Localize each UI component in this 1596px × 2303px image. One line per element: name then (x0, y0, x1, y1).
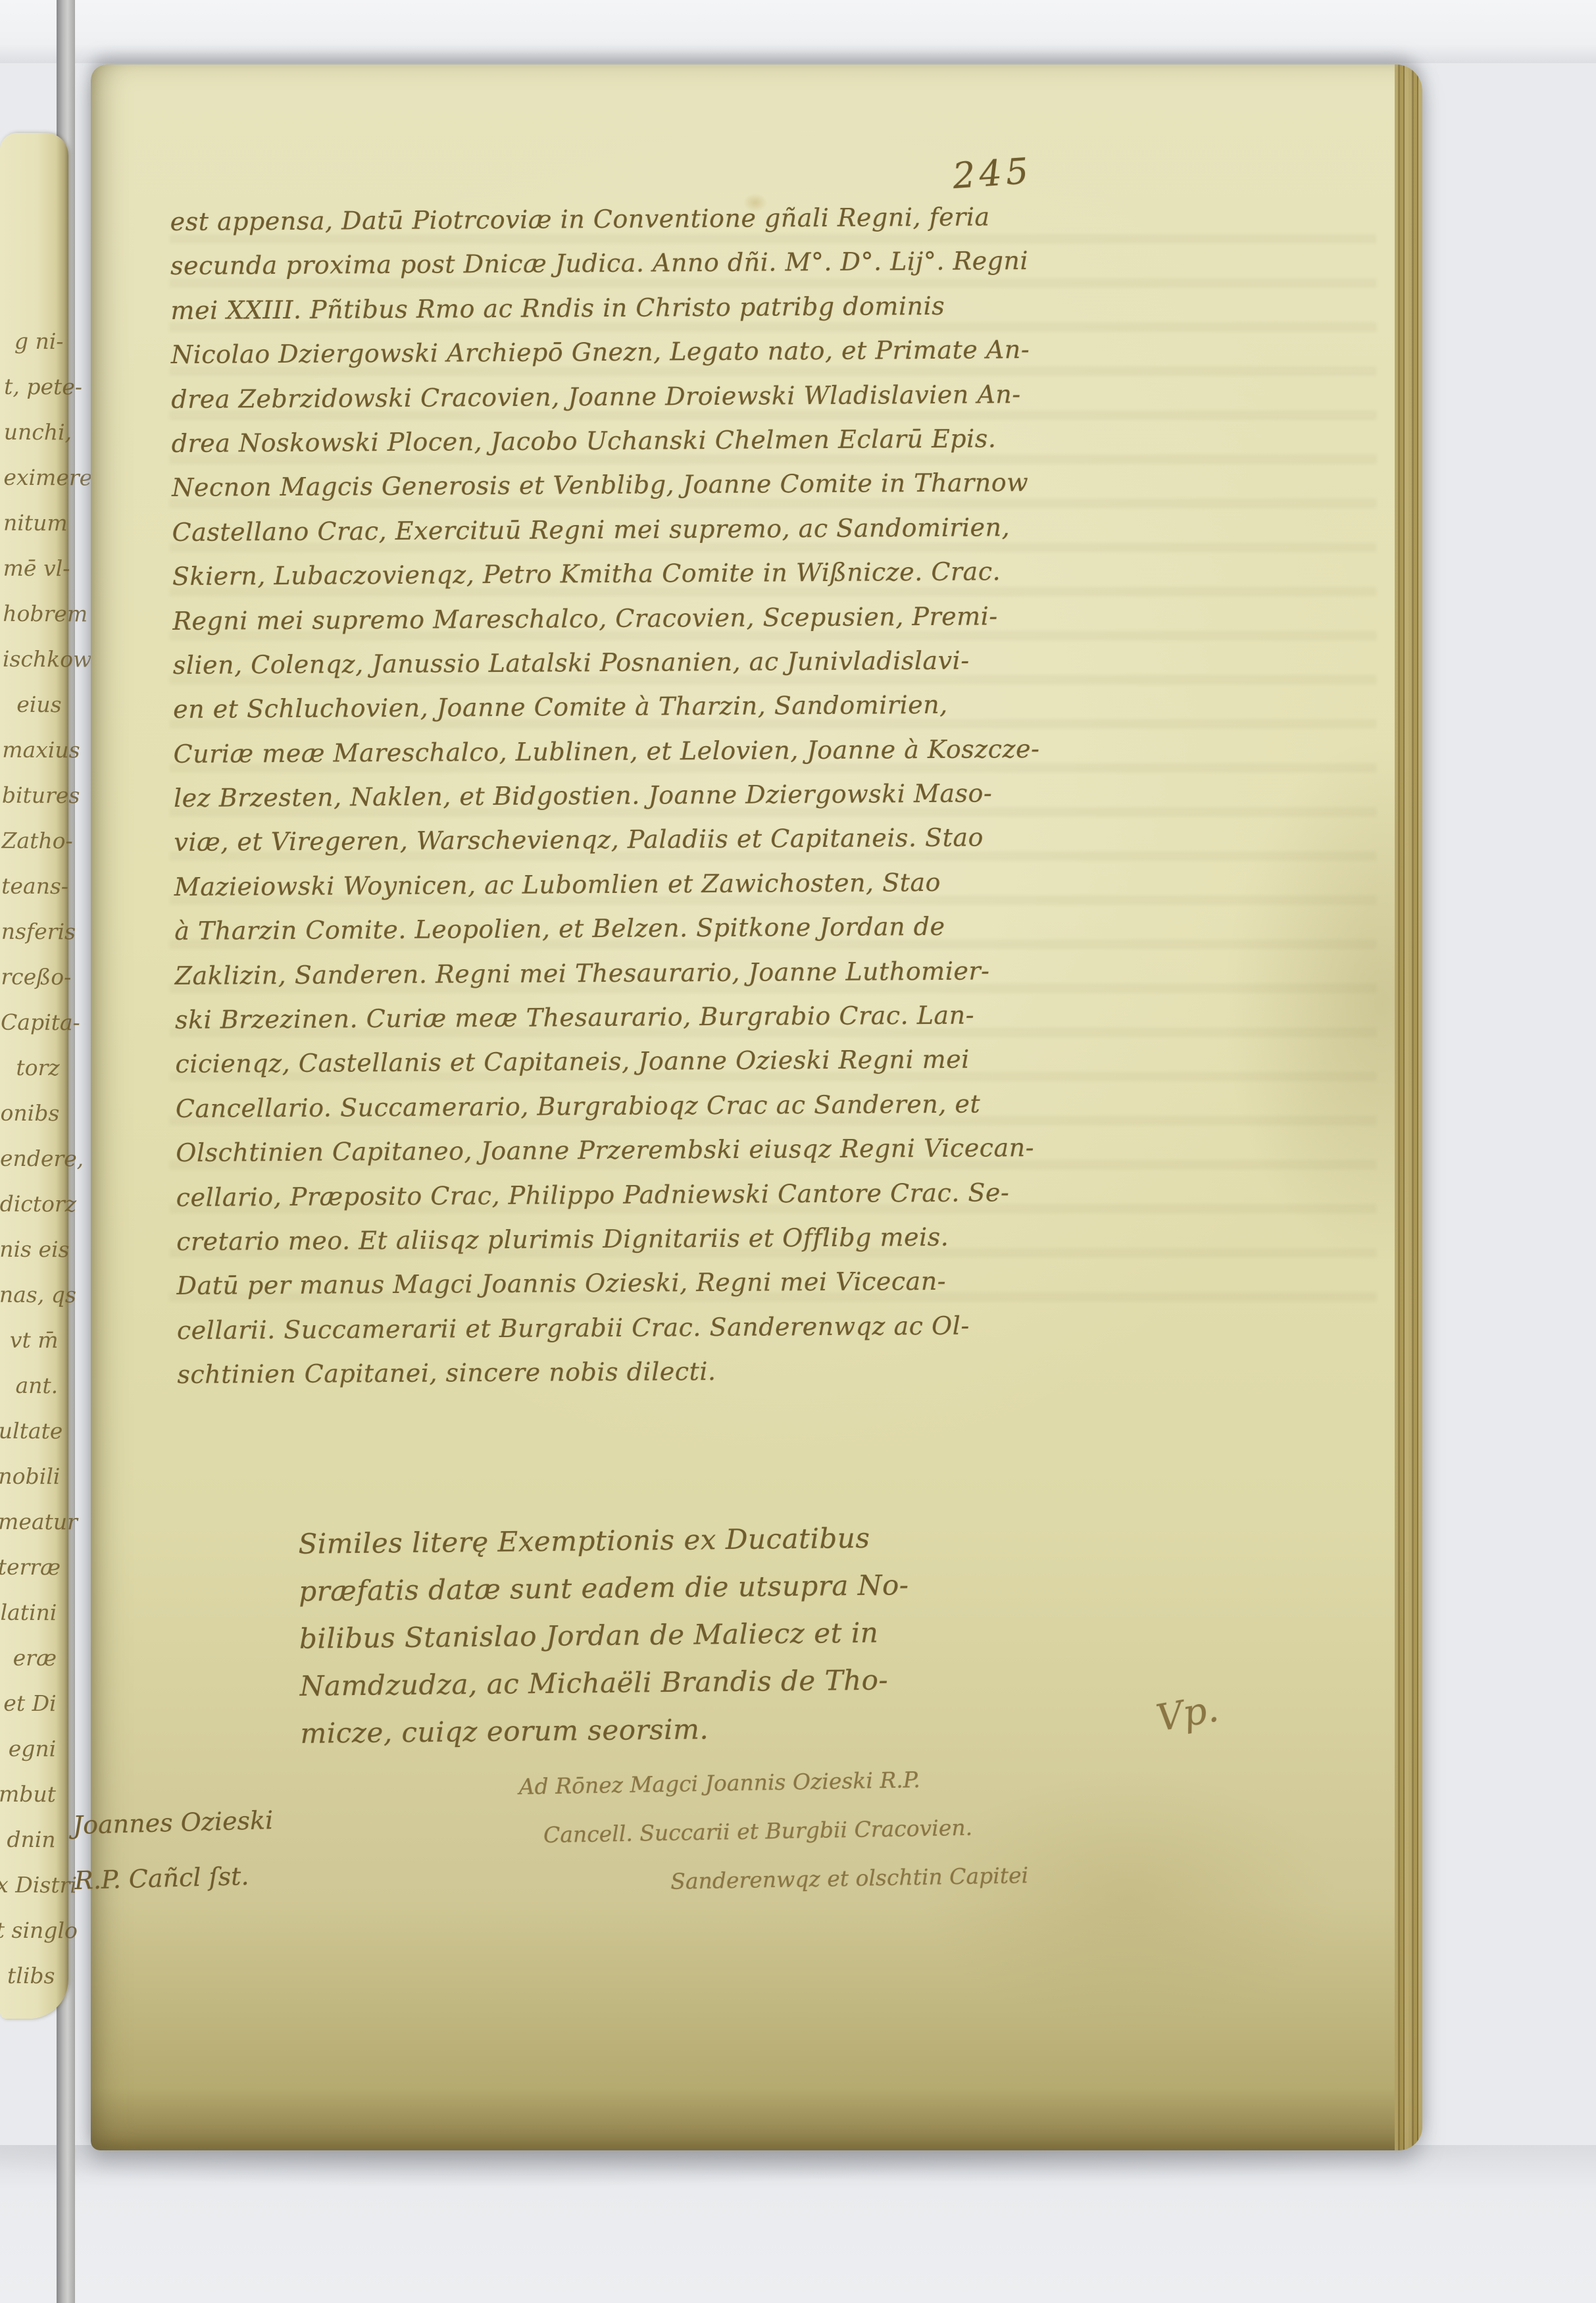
manuscript-line: drea Zebrzidowski Cracovien, Joanne Droi… (171, 372, 1037, 422)
facing-page-line-fragment: bitures (2, 772, 65, 819)
manuscript-line: Regni mei supremo Mareschalco, Cracovien… (172, 594, 1039, 643)
facing-page-line-fragment: eius (2, 682, 65, 728)
manuscript-line: viæ, et Viregeren, Warschevienqz, Paladi… (174, 815, 1040, 865)
photo-backdrop-top (0, 0, 1596, 63)
photo-backdrop-bottom (0, 2145, 1596, 2303)
manuscript-line: micze, cuiqz eorum seorsim. (300, 1704, 910, 1758)
main-text-block: est appensa, Datū Piotrcoviæ in Conventi… (170, 195, 1043, 1398)
manuscript-line: mei XXIII. Pñtibus Rmo ac Rndis in Chris… (170, 284, 1037, 333)
manuscript-line: cellarii. Succamerarii et Burgrabii Crac… (177, 1303, 1043, 1353)
signature-line: R.P. Cañcl ſst. (74, 1848, 275, 1908)
docket-line: Sanderenwqz et olschtin Capitei (670, 1851, 1029, 1906)
facing-page-line-fragment: ultate (0, 1408, 62, 1454)
chancery-docket: Ad Rōnez Magci Joannis Ozieski R.P.Cance… (518, 1754, 1029, 1908)
manuscript-line: secunda proxima post Dnicæ Judica. Anno … (170, 239, 1037, 288)
facing-page-line-fragment: nitum (3, 500, 66, 546)
facing-page-line-fragment: tlibs (0, 1953, 59, 1999)
facing-page-line-fragment: rceßo- (1, 954, 64, 1000)
manuscript-line: Datū per manus Magci Joannis Ozieski, Re… (176, 1259, 1043, 1308)
facing-page-line-fragment: eræ (0, 1635, 61, 1681)
signature-line: Joannes Ozieski (72, 1792, 274, 1853)
manuscript-line: Castellano Crac, Exercituū Regni mei sup… (172, 505, 1038, 555)
facing-page-line-fragment: x Distri (0, 1862, 59, 1908)
facing-page-line-fragment: nis eis (0, 1227, 62, 1273)
facing-page-line-fragment: hobrem (3, 591, 66, 637)
manuscript-line: lez Brzesten, Naklen, et Bidgostien. Joa… (174, 771, 1040, 821)
facing-page-text: g ni-t, pete-unchi,eximere,nitummē vl-ho… (0, 318, 68, 1998)
manuscript-line: cretario meo. Et aliisqz plurimis Dignit… (176, 1215, 1043, 1264)
docket-line: Cancell. Succarii et Burgbii Cracovien. (543, 1802, 1028, 1860)
manuscript-line: à Tharzin Comite. Leopolien, et Belzen. … (174, 904, 1041, 953)
secondary-entry-block: Similes literę Exemptionis ex Ducatibusp… (298, 1514, 910, 1758)
manuscript-line: cellario, Præposito Crac, Philippo Padni… (176, 1171, 1043, 1220)
facing-page-line-fragment: Capita- (1, 1000, 64, 1046)
manuscript-line: schtinien Capitanei, sincere nobis dilec… (177, 1348, 1043, 1397)
facing-page-line-fragment: ant. (0, 1363, 62, 1409)
facing-page-line-fragment: mē vl- (3, 545, 66, 592)
facing-page-line-fragment: eximere, (3, 455, 66, 501)
docket-line: Ad Rōnez Magci Joannis Ozieski R.P. (518, 1754, 1027, 1811)
manuscript-line: Olschtinien Capitaneo, Joanne Przerembsk… (176, 1126, 1042, 1175)
manuscript-line: bilibus Stanislao Jordan de Maliecz et i… (299, 1609, 910, 1663)
facing-page-line-fragment: t, pete- (4, 364, 67, 410)
manuscript-scan: { "page": { "folio_number": "245", "scri… (0, 0, 1596, 2303)
facing-page-line-fragment: onibs (0, 1090, 63, 1136)
manuscript-line: Skiern, Lubaczovienqz, Petro Kmitha Comi… (172, 549, 1039, 599)
manuscript-line: Necnon Magcis Generosis et Venblibg, Joa… (172, 461, 1038, 510)
manuscript-line: Nicolao Dziergowski Archiepō Gnezn, Lega… (171, 328, 1037, 377)
facing-page-line-fragment: torz (1, 1045, 64, 1091)
facing-page-line-fragment: egni (0, 1726, 60, 1772)
facing-page-line-fragment: et Di (0, 1681, 61, 1727)
facing-page-line-fragment: latini (0, 1590, 61, 1636)
manuscript-line: en et Schluchovien, Joanne Comite à Thar… (173, 682, 1039, 732)
manuscript-line: Similes literę Exemptionis ex Ducatibus (298, 1514, 909, 1568)
manuscript-line: Namdzudza, ac Michaëli Brandis de Tho- (299, 1656, 910, 1710)
manuscript-line: drea Noskowski Plocen, Jacobo Uchanski C… (172, 417, 1038, 466)
facing-page-line-fragment: terræ (0, 1544, 61, 1590)
facing-page-line-fragment: nobili (0, 1454, 62, 1500)
facing-page-line-fragment: nsferis (1, 909, 64, 955)
facing-page-line-fragment: Zatho- (1, 818, 64, 864)
folio-number: 245 (951, 150, 1034, 197)
manuscript-line: est appensa, Datū Piotrcoviæ in Conventi… (170, 195, 1036, 244)
facing-page-line-fragment: dnin (0, 1817, 60, 1863)
facing-page-sliver: g ni-t, pete-unchi,eximere,nitummē vl-ho… (0, 133, 68, 2019)
manuscript-line: præfatis datæ sunt eadem die utsupra No- (299, 1561, 909, 1615)
manuscript-line: slien, Colenqz, Janussio Latalski Posnan… (173, 638, 1039, 688)
facing-page-line-fragment: g ni- (4, 318, 67, 365)
facing-page-line-fragment: endere, (0, 1136, 63, 1182)
manuscript-line: Zaklizin, Sanderen. Regni mei Thesaurari… (174, 949, 1041, 998)
facing-page-line-fragment: nas, qs (0, 1272, 62, 1318)
facing-page-line-fragment: mbut (0, 1771, 60, 1817)
manuscript-line: ski Brzezinen. Curiæ meæ Thesaurario, Bu… (175, 993, 1041, 1042)
manuscript-line: Mazieiowski Woynicen, ac Lubomlien et Za… (174, 860, 1041, 909)
facing-page-line-fragment: meatur (0, 1499, 61, 1545)
facing-page-line-fragment: t singlo (0, 1908, 59, 1954)
manuscript-line: cicienqz, Castellanis et Capitaneis, Joa… (175, 1037, 1041, 1086)
manuscript-line: Cancellario. Succamerario, Burgrabioqz C… (176, 1082, 1042, 1131)
facing-page-line-fragment: unchi, (4, 409, 67, 455)
facing-page-line-fragment: maxius (2, 727, 65, 773)
manuscript-line: Curiæ meæ Mareschalco, Lublinen, et Lelo… (173, 727, 1039, 776)
facing-page-line-fragment: vt m̄ (0, 1317, 62, 1363)
facing-page-line-fragment: ischkow (3, 636, 66, 682)
facing-page-line-fragment: teans- (1, 863, 64, 909)
secretary-signature: Joannes OzieskiR.P. Cañcl ſst. (72, 1792, 276, 1908)
facing-page-line-fragment: dictorz (0, 1181, 63, 1227)
